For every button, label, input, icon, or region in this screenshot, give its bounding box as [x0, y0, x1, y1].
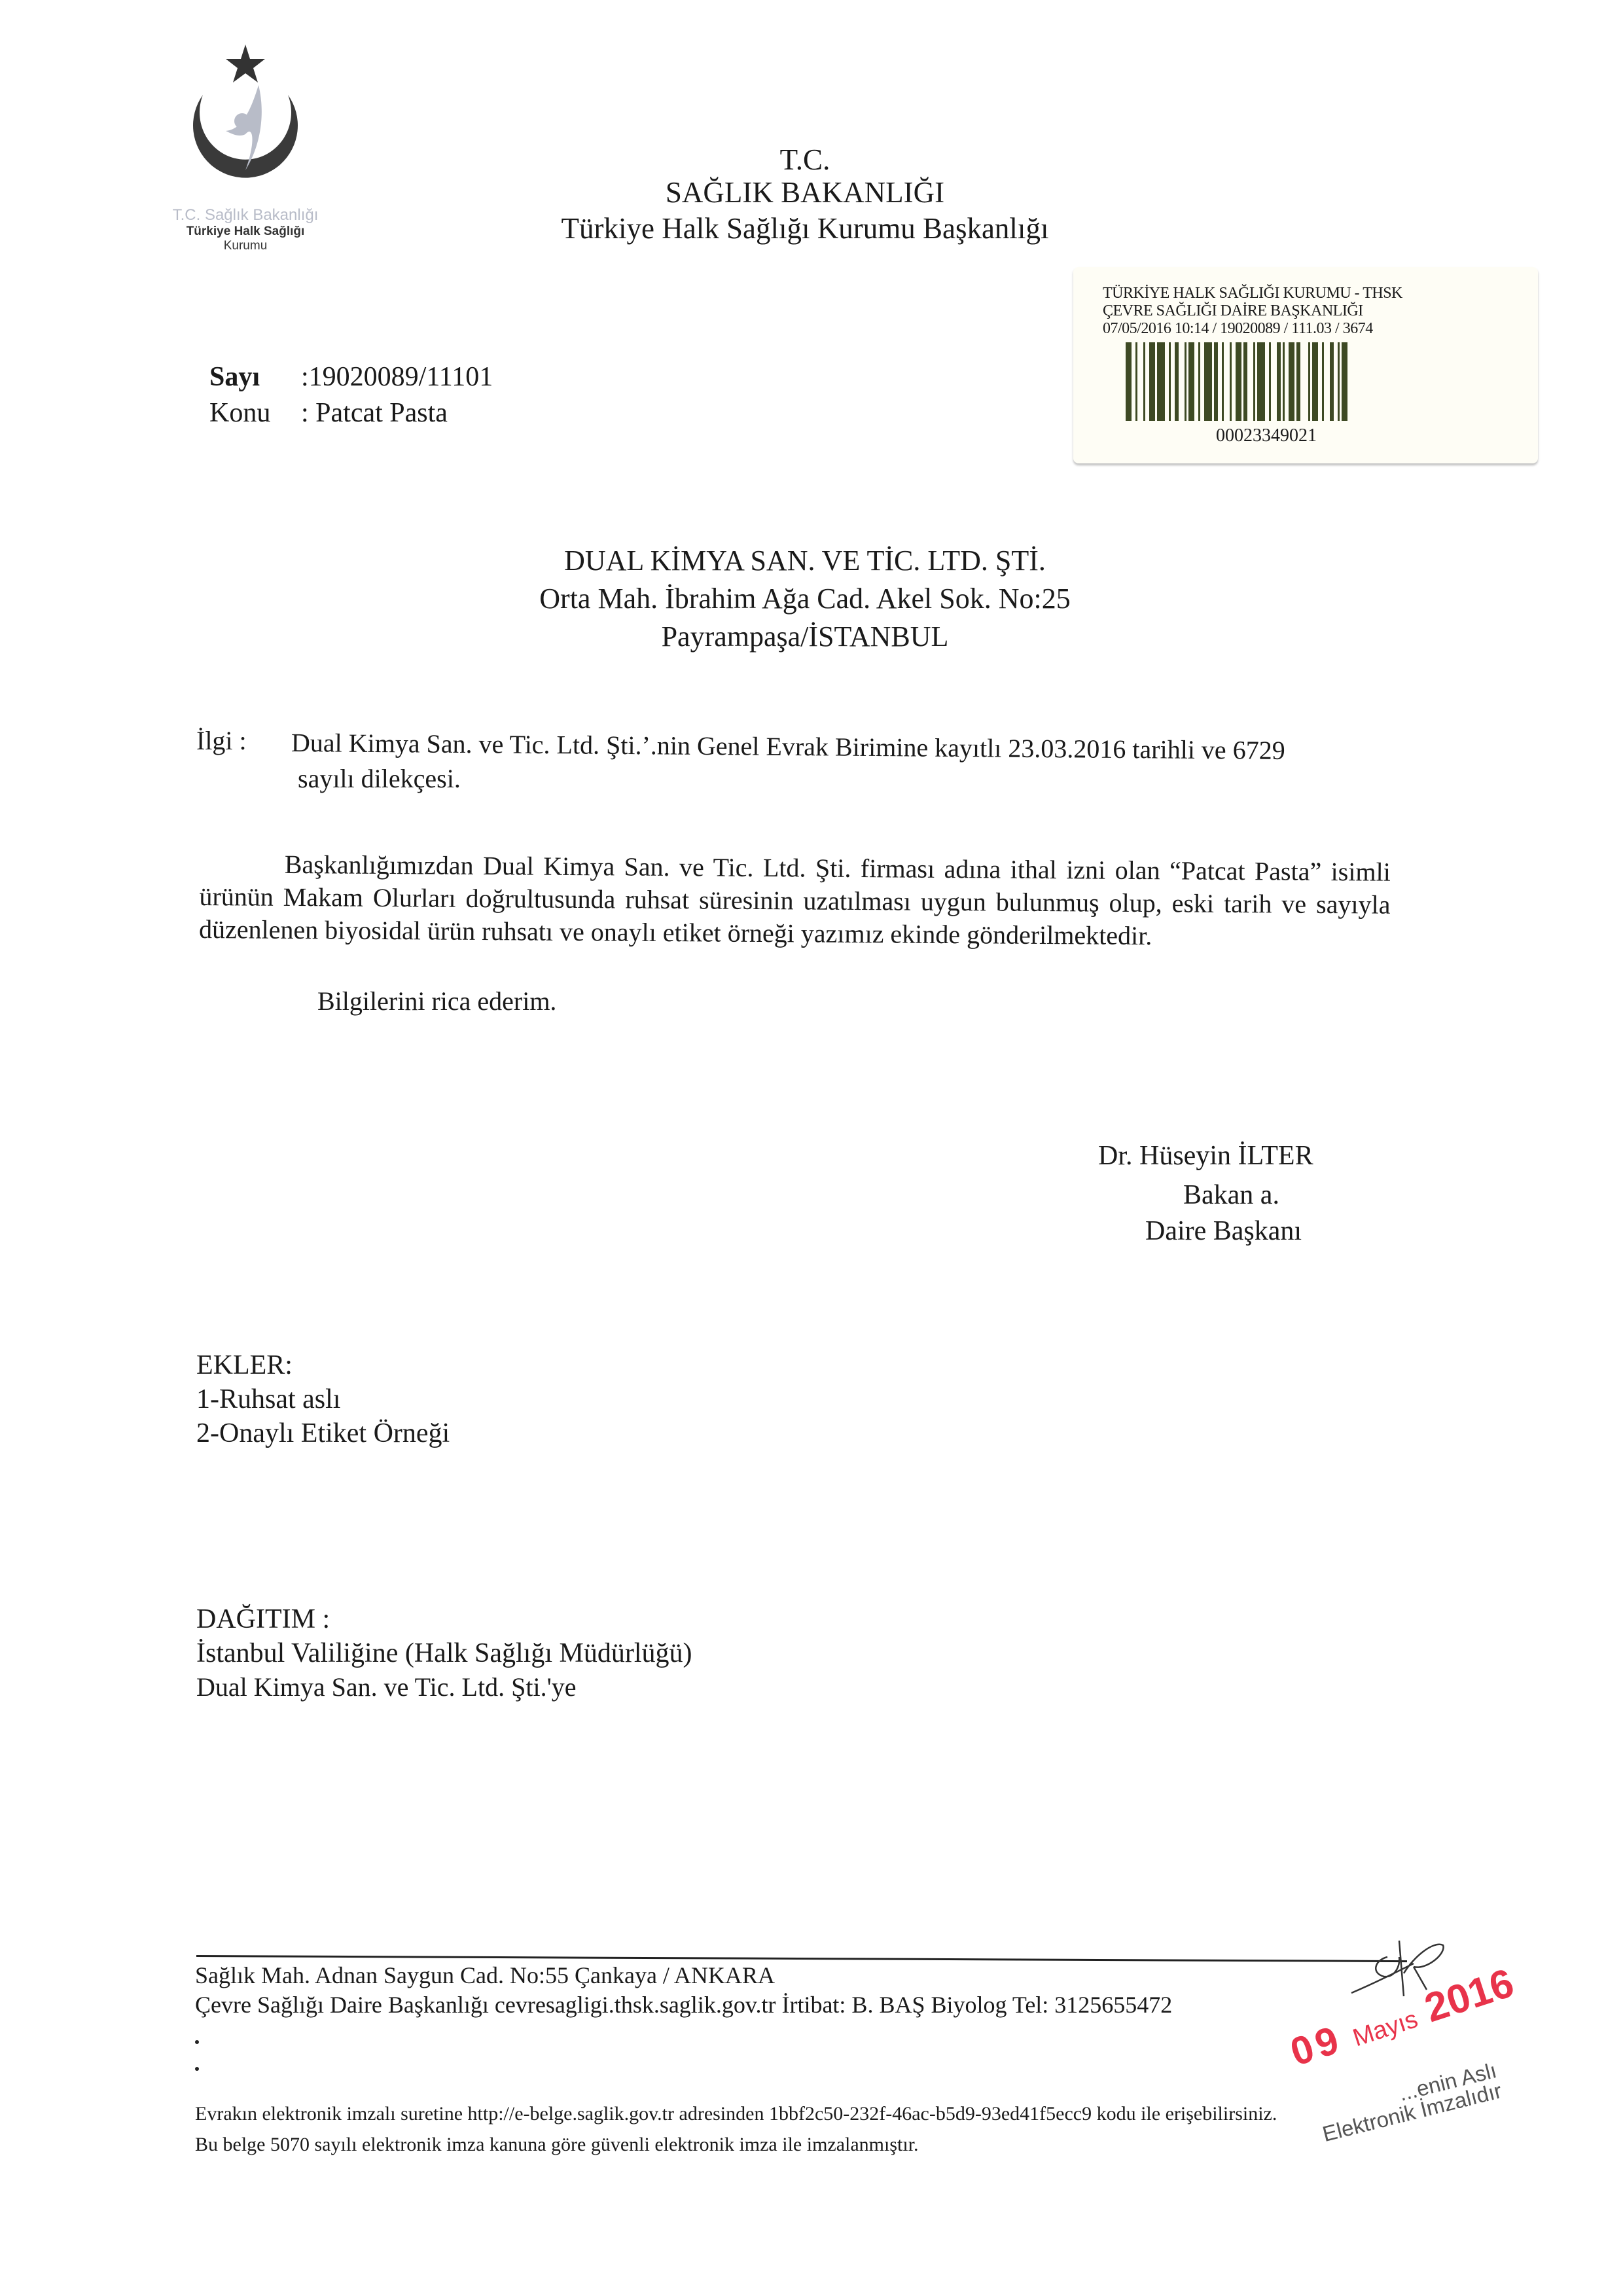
attachment-item: 1-Ruhsat aslı [196, 1382, 450, 1416]
konu-label: Konu [209, 399, 301, 427]
certified-copy-stamp: ...enin Aslı Elektronik İmzalıdır [1315, 2060, 1504, 2145]
footer-divider [196, 1955, 1407, 1962]
sticker-institution: TÜRKİYE HALK SAĞLIĞI KURUMU - THSK [1103, 285, 1402, 301]
barcode-space [1271, 342, 1277, 421]
barcode-space [1224, 342, 1230, 421]
ilgi-line1: Dual Kimya San. ve Tic. Ltd. Şti.’.nin G… [291, 730, 1285, 764]
distribution-item: İstanbul Valiliğine (Halk Sağlığı Müdürl… [196, 1636, 692, 1670]
esign-access-note: Evrakın elektronik imzalı suretine http:… [195, 2104, 1277, 2124]
barcode-bar [1204, 342, 1212, 421]
reference-sayi: Sayı:19020089/11101 [209, 363, 493, 391]
barcode-bar [1257, 342, 1265, 421]
header-ministry: SAĞLIK BAKANLIĞI [380, 178, 1230, 207]
attachment-item: 2-Onaylı Etiket Örneği [196, 1416, 450, 1450]
reference-konu: Konu: Patcat Pasta [209, 399, 448, 427]
barcode-bar [1342, 342, 1347, 421]
distribution-item: Dual Kimya San. ve Tic. Ltd. Şti.'ye [196, 1670, 692, 1704]
body-paragraph: Başkanlığımızdan Dual Kimya San. ve Tic.… [199, 848, 1391, 954]
ministry-logo: T.C. Sağlık Bakanlığı Türkiye Halk Sağlı… [151, 39, 340, 255]
attachments-section: EKLER: 1-Ruhsat aslı 2-Onaylı Etiket Örn… [196, 1348, 450, 1450]
barcode-number: 00023349021 [1034, 425, 1499, 446]
distribution-label: DAĞITIM : [196, 1602, 692, 1636]
distribution-section: DAĞITIM : İstanbul Valiliğine (Halk Sağl… [196, 1602, 692, 1704]
recipient-name: DUAL KİMYA SAN. VE TİC. LTD. ŞTİ. [412, 547, 1198, 575]
barcode-bar [1188, 342, 1194, 421]
barcode-space [1179, 342, 1185, 421]
logo-text-ministry: T.C. Sağlık Bakanlığı [151, 206, 340, 224]
barcode-space [1247, 342, 1253, 421]
footer-contact: Çevre Sağlığı Daire Başkanlığı cevresagl… [195, 1993, 1172, 2017]
sayi-value: :19020089/11101 [301, 362, 493, 392]
header-institution: Türkiye Halk Sağlığı Kurumu Başkanlığı [380, 214, 1230, 243]
body-closing: Bilgilerini rica ederim. [317, 988, 556, 1014]
signatory-title1: Bakan a. [1183, 1181, 1279, 1209]
header-tc: T.C. [380, 145, 1230, 175]
ilgi-label: İlgi : [196, 728, 247, 754]
stamp-day: 09 [1285, 2017, 1348, 2074]
esign-law-note: Bu belge 5070 sayılı elektronik imza kan… [195, 2135, 919, 2155]
barcode-space [1137, 342, 1143, 421]
barcode-bar [1236, 342, 1241, 421]
signatory-title2: Daire Başkanı [1145, 1217, 1302, 1245]
barcode-bar [1126, 342, 1132, 421]
sayi-label: Sayı [209, 363, 301, 391]
barcode [1126, 342, 1479, 421]
barcode-bar [1157, 342, 1165, 421]
footer-address: Sağlık Mah. Adnan Saygun Cad. No:55 Çank… [195, 1964, 775, 1987]
stamp-month: Mayıs [1349, 2005, 1421, 2052]
ilgi-line2: sayılı dilekçesi. [298, 766, 461, 792]
barcode-bar [1312, 342, 1318, 421]
barcode-bar [1289, 342, 1294, 421]
crescent-star-figure-icon [177, 39, 314, 203]
konu-value: : Patcat Pasta [301, 398, 448, 428]
body-paragraph-block: Başkanlığımızdan Dual Kimya San. ve Tic.… [199, 848, 1391, 954]
sticker-department: ÇEVRE SAĞLIĞI DAİRE BAŞKANLIĞI [1103, 303, 1363, 319]
logo-text-institution: Türkiye Halk Sağlığı [151, 224, 340, 239]
bullet-dot [195, 2040, 199, 2044]
barcode-space [1324, 342, 1330, 421]
bullet-dot [195, 2067, 199, 2071]
barcode-sticker: TÜRKİYE HALK SAĞLIĞI KURUMU - THSK ÇEVRE… [1073, 267, 1538, 463]
signatory-name: Dr. Hüseyin İLTER [1098, 1142, 1313, 1170]
barcode-bar [1149, 342, 1155, 421]
recipient-address-line1: Orta Mah. İbrahim Ağa Cad. Akel Sok. No:… [412, 584, 1198, 613]
barcode-space [1300, 342, 1308, 421]
attachments-label: EKLER: [196, 1348, 450, 1382]
logo-text-kurumu: Kurumu [151, 239, 340, 253]
sticker-registry: 07/05/2016 10:14 / 19020089 / 111.03 / 3… [1103, 321, 1373, 336]
recipient-address-line2: Payrampaşa/İSTANBUL [412, 622, 1198, 651]
